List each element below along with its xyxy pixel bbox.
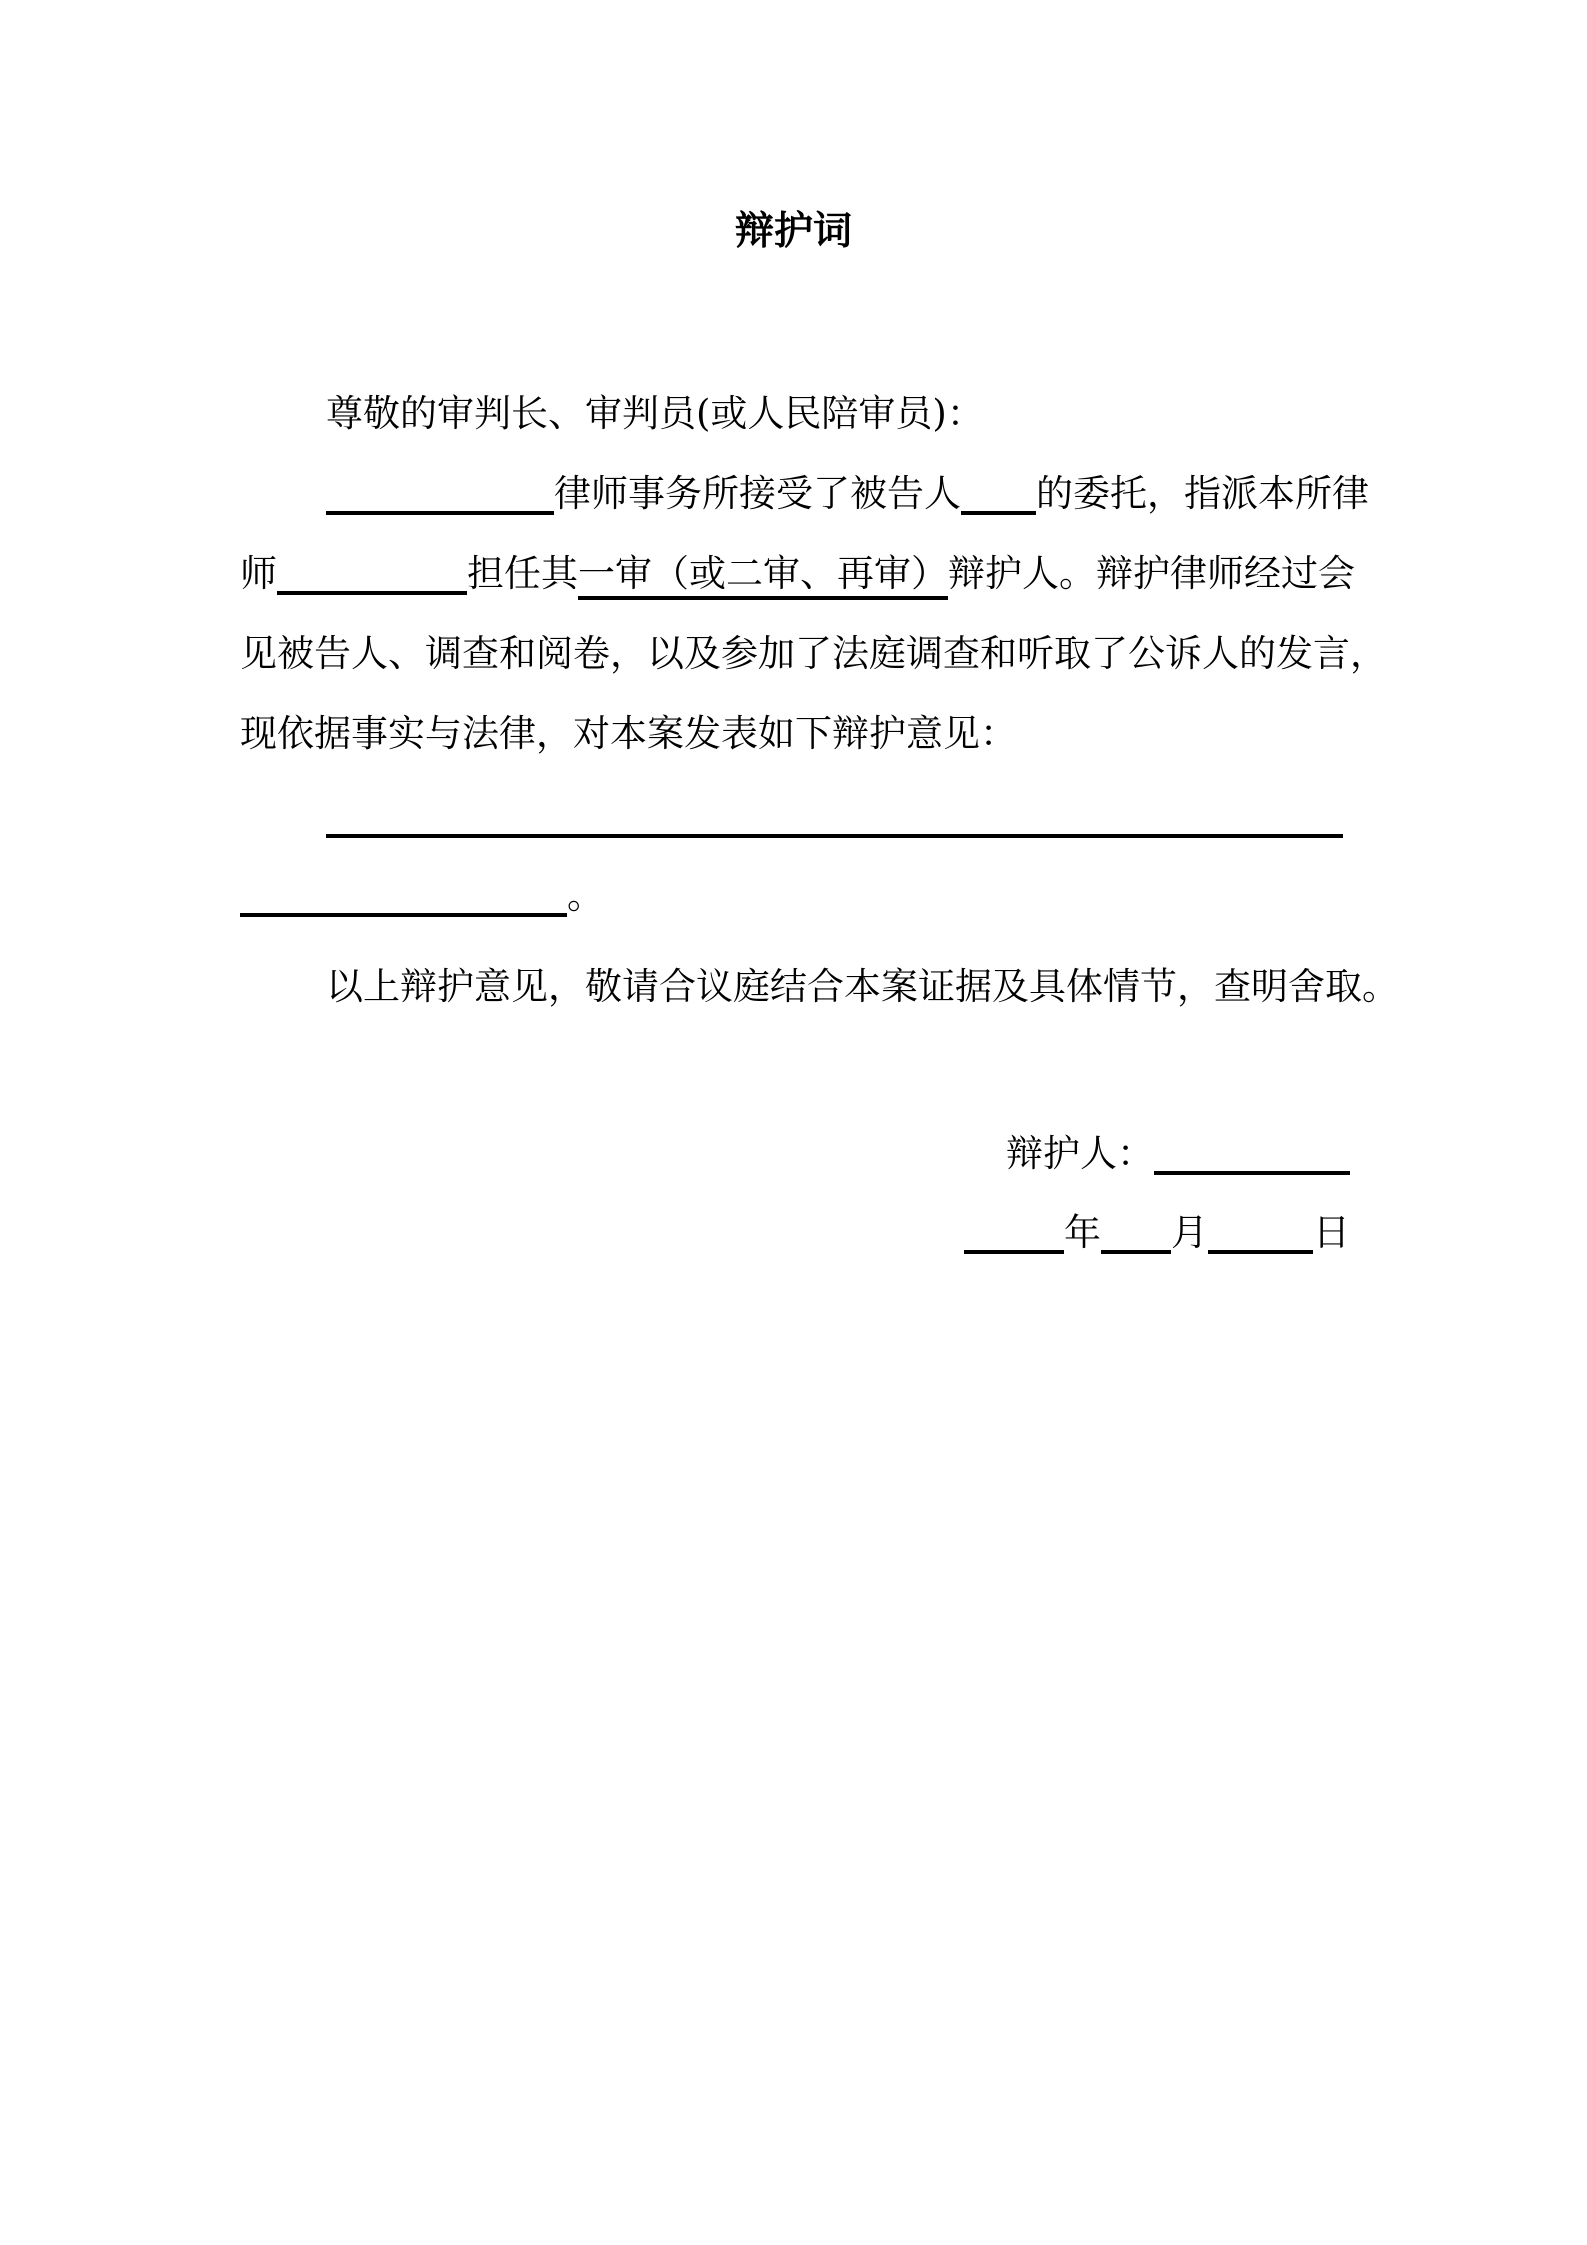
month-fill-in-blank <box>1101 1250 1171 1254</box>
opinion-blank-line-1 <box>326 776 1343 858</box>
defender-signature-fill-in-blank <box>1154 1171 1350 1175</box>
year-label: 年 <box>1064 1211 1101 1254</box>
day-fill-in-blank <box>1208 1250 1313 1254</box>
opinion-fill-in-blank-long <box>326 834 1343 838</box>
salutation-line: 尊敬的审判长、审判员(或人民陪审员)： <box>326 373 984 455</box>
year-fill-in-blank <box>964 1250 1064 1254</box>
body-line-1-text-2: 的委托，指派本所律 <box>1036 472 1369 515</box>
defendant-name-fill-in-blank <box>961 511 1036 515</box>
body-line-1-text-1: 律师事务所接受了被告人 <box>554 472 961 515</box>
body-line-2-text-3: 辩护人。辩护律师经过会 <box>948 552 1355 595</box>
opinion-fill-in-blank-short <box>240 913 567 917</box>
body-line-4: 现依据事实与法律，对本案发表如下辩护意见： <box>240 693 1017 775</box>
opinion-period: 。 <box>567 874 604 917</box>
closing-line: 以上辩护意见，敬请合议庭结合本案证据及具体情节，查明舍取。 <box>326 946 1399 1028</box>
date-line: 年月日 <box>964 1192 1350 1274</box>
document-title: 辩护词 <box>0 190 1587 272</box>
salutation-text: 尊敬的审判长、审判员(或人民陪审员)： <box>326 392 984 435</box>
trial-instance-underlined-text: 一审（或二审、再审） <box>578 552 948 600</box>
defender-label: 辩护人： <box>1006 1132 1154 1175</box>
document-page: 辩护词 尊敬的审判长、审判员(或人民陪审员)： 律师事务所接受了被告人的委托，指… <box>0 0 1587 2245</box>
body-line-2-text-1: 师 <box>240 552 277 595</box>
body-line-2: 师担任其一审（或二审、再审）辩护人。辩护律师经过会 <box>240 533 1355 615</box>
body-line-2-text-2: 担任其 <box>467 552 578 595</box>
day-label: 日 <box>1313 1211 1350 1254</box>
body-line-3: 见被告人、调查和阅卷，以及参加了法庭调查和听取了公诉人的发言， <box>240 613 1387 695</box>
law-firm-fill-in-blank <box>326 511 554 515</box>
lawyer-name-fill-in-blank <box>277 591 467 595</box>
month-label: 月 <box>1171 1211 1208 1254</box>
body-line-1: 律师事务所接受了被告人的委托，指派本所律 <box>326 453 1369 535</box>
signature-line: 辩护人： <box>1006 1113 1350 1195</box>
opinion-blank-line-2: 。 <box>240 855 604 937</box>
